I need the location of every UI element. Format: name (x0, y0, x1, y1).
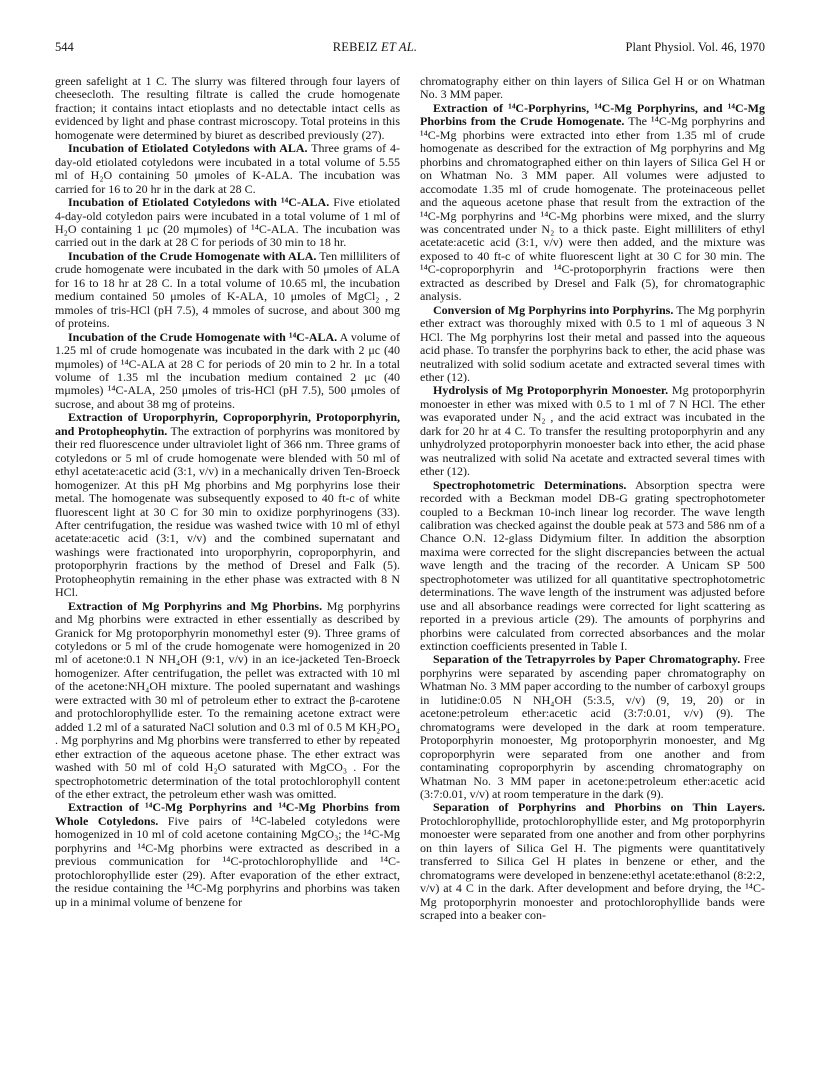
body-text: Protochlorophyllide, protochlorophyllide… (420, 814, 765, 922)
paragraph: chromatography either on thin layers of … (420, 75, 765, 102)
body-text: Absorption spectra were recorded with a … (420, 478, 765, 653)
body-text: The ¹⁴C-Mg porphyrins and ¹⁴C-Mg phorbin… (420, 114, 765, 303)
section-heading: Incubation of Etiolated Cotyledons with … (68, 141, 308, 155)
section-heading: Incubation of Etiolated Cotyledons with … (68, 195, 329, 209)
paragraph: Separation of Porphyrins and Phorbins on… (420, 801, 765, 922)
paragraph: Incubation of the Crude Homogenate with … (55, 331, 400, 412)
body-text: Mg protoporphyrin monoester in ether was… (420, 383, 765, 478)
running-title: REBEIZ ET AL. (175, 40, 575, 54)
paragraph: Incubation of Etiolated Cotyledons with … (55, 142, 400, 196)
section-heading: Separation of the Tetrapyrroles by Paper… (433, 652, 740, 666)
section-heading: Hydrolysis of Mg Protoporphyrin Monoeste… (433, 383, 668, 397)
right-column: chromatography either on thin layers of … (420, 75, 765, 923)
paragraph: green safelight at 1 C. The slurry was f… (55, 75, 400, 142)
paragraph: Conversion of Mg Porphyrins into Porphyr… (420, 304, 765, 385)
paragraph: Extraction of Mg Porphyrins and Mg Phorb… (55, 600, 400, 802)
paragraph: Separation of the Tetrapyrroles by Paper… (420, 653, 765, 801)
section-heading: Conversion of Mg Porphyrins into Porphyr… (433, 303, 673, 317)
paragraph: Extraction of ¹⁴C-Porphyrins, ¹⁴C-Mg Por… (420, 102, 765, 304)
left-column: green safelight at 1 C. The slurry was f… (55, 75, 400, 923)
section-heading: Spectrophotometric Determinations. (433, 478, 626, 492)
page-number: 544 (55, 40, 175, 54)
running-etal: ET AL. (381, 40, 417, 54)
body-text: green safelight at 1 C. The slurry was f… (55, 74, 400, 142)
article-body: green safelight at 1 C. The slurry was f… (55, 75, 765, 923)
paragraph: Incubation of the Crude Homogenate with … (55, 250, 400, 331)
paragraph: Hydrolysis of Mg Protoporphyrin Monoeste… (420, 384, 765, 478)
paragraph: Spectrophotometric Determinations. Absor… (420, 479, 765, 654)
paragraph: Extraction of ¹⁴C-Mg Porphyrins and ¹⁴C-… (55, 801, 400, 909)
running-author: REBEIZ (333, 40, 378, 54)
section-heading: Separation of Porphyrins and Phorbins on… (433, 800, 765, 814)
page-header: 544 REBEIZ ET AL. Plant Physiol. Vol. 46… (55, 40, 765, 54)
body-text: Five pairs of ¹⁴C-labeled cotyledons wer… (55, 814, 400, 909)
paragraph: Incubation of Etiolated Cotyledons with … (55, 196, 400, 250)
body-text: chromatography either on thin layers of … (420, 74, 765, 101)
body-text: Mg porphyrins and Mg phorbins were extra… (55, 599, 400, 801)
section-heading: Incubation of the Crude Homogenate with … (68, 330, 337, 344)
section-heading: Incubation of the Crude Homogenate with … (68, 249, 316, 263)
journal-page: 544 REBEIZ ET AL. Plant Physiol. Vol. 46… (0, 0, 816, 1076)
body-text: The extraction of porphyrins was monitor… (55, 424, 400, 599)
body-text: Free porphyrins were separated by ascend… (420, 652, 765, 801)
section-heading: Extraction of Mg Porphyrins and Mg Phorb… (68, 599, 322, 613)
paragraph: Extraction of Uroporphyrin, Coproporphyr… (55, 411, 400, 599)
journal-reference: Plant Physiol. Vol. 46, 1970 (575, 40, 765, 54)
